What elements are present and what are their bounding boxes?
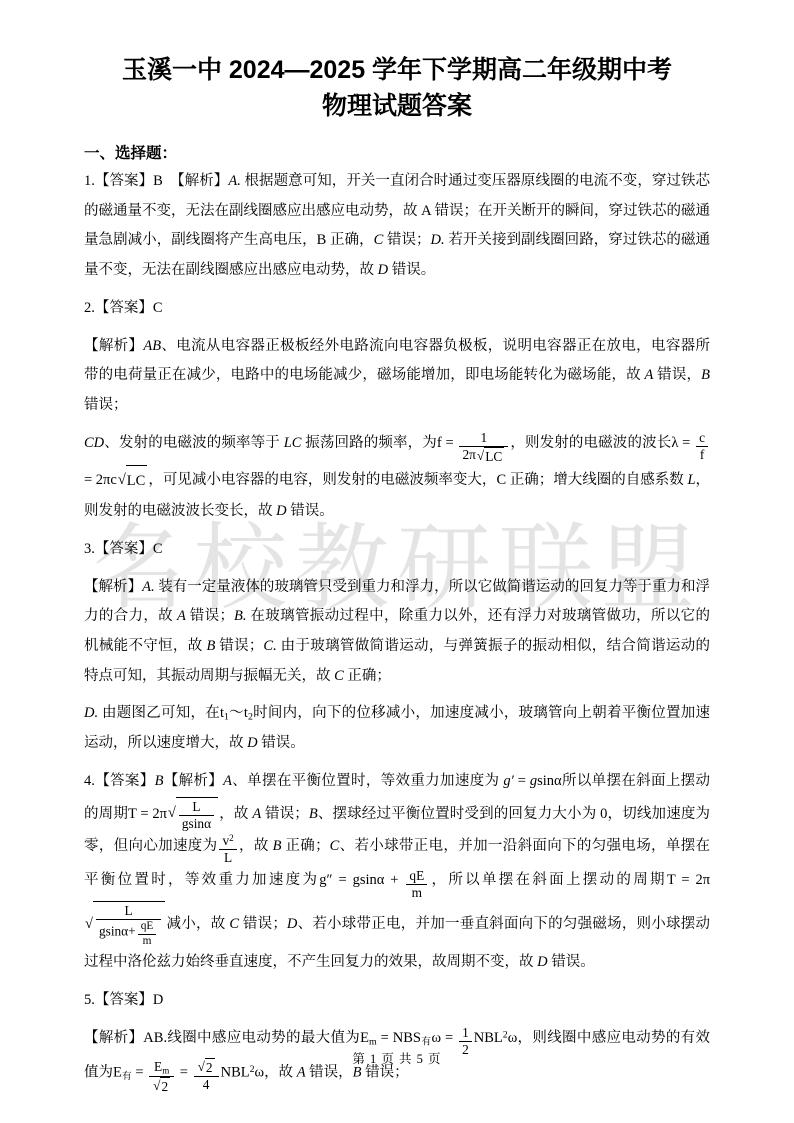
explanation-2a: 【解析】AB、电流从电容器正极板经外电路流向电容器负极板，说明电容器正在放电，电… (84, 332, 710, 421)
document-title-line1: 玉溪一中 2024—2025 学年下学期高二年级期中考 (84, 52, 710, 88)
explanation-2b: CD、发射的电磁波的频率等于 LC 振荡回路的频率，为f = 12π√LC，则发… (84, 429, 710, 527)
answers-body: 1.【答案】B 【解析】A. 根据题意可知，开关一直闭合时通过变压器原线圈的电流… (84, 167, 710, 1095)
document-page: 名校教研联盟 玉溪一中 2024—2025 学年下学期高二年级期中考 物理试题答… (0, 0, 794, 1123)
explanation-3a: 【解析】A. 装有一定量液体的玻璃管只受到重力和浮力，所以它做简谐运动的回复力等… (84, 573, 710, 692)
document-content: 玉溪一中 2024—2025 学年下学期高二年级期中考 物理试题答案 一、选择题… (0, 0, 794, 1095)
page-number: 第 1 页 共 5 页 (352, 1052, 441, 1066)
answer-1: 1.【答案】B 【解析】A. 根据题意可知，开关一直闭合时通过变压器原线圈的电流… (84, 167, 710, 286)
answer-5: 5.【答案】D (84, 986, 710, 1016)
answer-4: 4.【答案】B【解析】A、单摆在平衡位置时，等效重力加速度为 g′ = gsin… (84, 767, 710, 978)
answer-3: 3.【答案】C (84, 535, 710, 565)
document-title-line2: 物理试题答案 (84, 88, 710, 124)
explanation-3b: D. 由题图乙可知，在t1～t2时间内，向下的位移减小，加速度减小，玻璃管向上朝… (84, 699, 710, 758)
section-heading: 一、选择题： (84, 141, 710, 163)
answer-2: 2.【答案】C (84, 294, 710, 324)
document-header: 玉溪一中 2024—2025 学年下学期高二年级期中考 物理试题答案 (84, 52, 710, 124)
page-footer: 第 1 页 共 5 页 (0, 1049, 794, 1067)
